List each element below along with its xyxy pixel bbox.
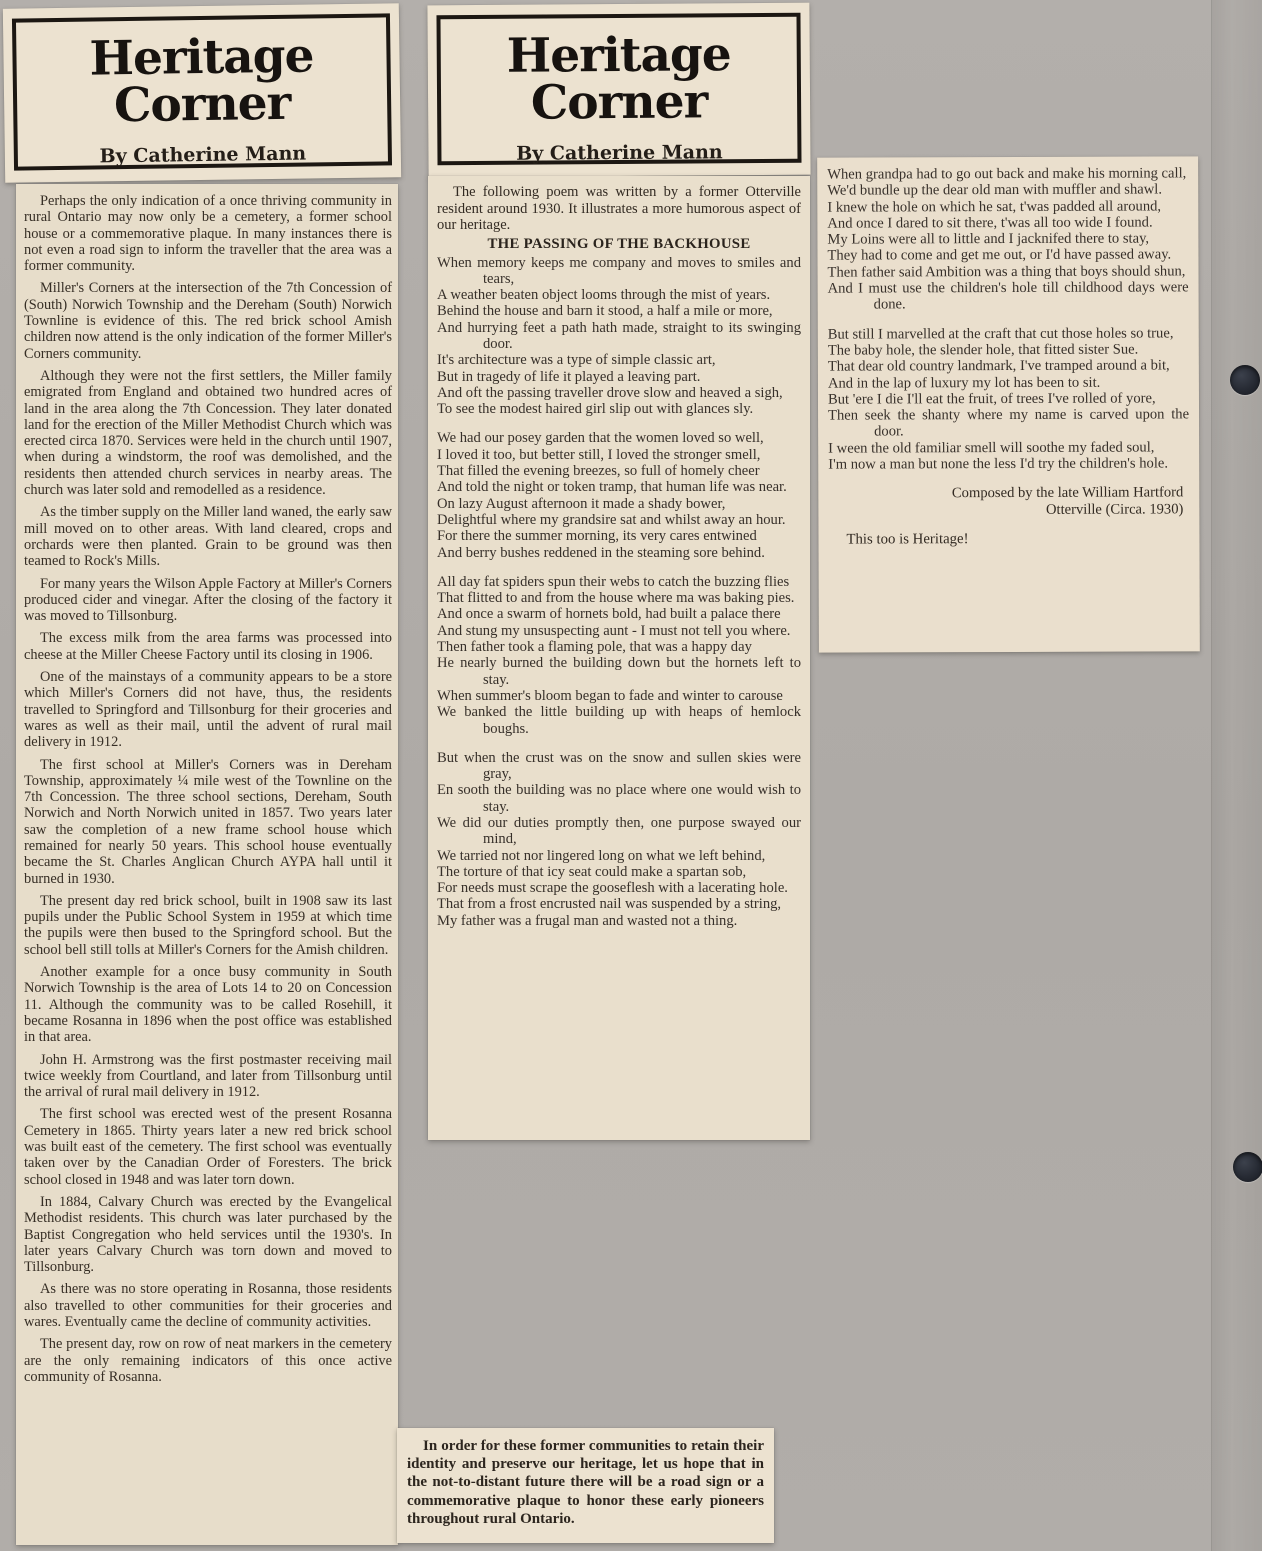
clipping-middle-poem: The following poem was written by a form…	[428, 176, 810, 1140]
poem-line: I knew the hole on which he sat, t'was p…	[827, 198, 1188, 216]
article-paragraph: Perhaps the only indication of a once th…	[24, 193, 392, 274]
poem-line: En sooth the building was no place where…	[437, 782, 801, 815]
masthead-border-box: Heritage Corner By Catherine Mann	[436, 13, 801, 166]
article-paragraph: One of the mainstays of a community appe…	[24, 669, 392, 750]
poem-stanza: When grandpa had to go out back and make…	[827, 165, 1189, 313]
poem-line: They had to come and get me out, or I'd …	[827, 247, 1188, 265]
poem-line: I loved it too, but better still, I love…	[437, 447, 801, 463]
poem-line: I'm now a man but none the less I'd try …	[828, 455, 1189, 473]
poem-line: But still I marvelled at the craft that …	[828, 325, 1189, 343]
poem-line: Then father took a flaming pole, that wa…	[437, 639, 801, 655]
poem-line: Behind the house and barn it stood, a ha…	[437, 303, 801, 319]
poem-line: And oft the passing traveller drove slow…	[437, 385, 801, 401]
poem-line: Then father said Ambition was a thing th…	[828, 263, 1189, 281]
masthead-title: Heritage Corner	[16, 31, 387, 130]
poem-title: THE PASSING OF THE BACKHOUSE	[437, 236, 801, 253]
poem-line: And hurrying feet a path hath made, stra…	[437, 320, 801, 353]
article-paragraph: As the timber supply on the Miller land …	[24, 504, 392, 569]
article-paragraph: Although they were not the first settler…	[24, 368, 392, 498]
poem-line: And berry bushes reddened in the steamin…	[437, 545, 801, 561]
clipping-bottom-note: In order for these former communities to…	[397, 1428, 774, 1543]
article-paragraph: The excess milk from the area farms was …	[24, 630, 392, 663]
bottom-note-text: In order for these former communities to…	[407, 1437, 764, 1528]
poem-line: But 'ere I die I'll eat the fruit, of tr…	[828, 390, 1189, 408]
article-paragraph: In 1884, Calvary Church was erected by t…	[24, 1194, 392, 1275]
poem-line: Then seek the shanty where my name is ca…	[828, 407, 1189, 441]
poem-line: The torture of that icy seat could make …	[437, 864, 801, 880]
poem-line: When summer's bloom began to fade and wi…	[437, 688, 801, 704]
poem-line: And stung my unsuspecting aunt - I must …	[437, 623, 801, 639]
poem-line: We'd bundle up the dear old man with muf…	[827, 182, 1188, 200]
poem-line: On lazy August afternoon it made a shady…	[437, 496, 801, 512]
poem-line: For needs must scrape the gooseflesh wit…	[437, 880, 801, 896]
page-crease	[1211, 0, 1262, 1551]
article-paragraph: The present day, row on row of neat mark…	[24, 1336, 392, 1385]
article-paragraph: John H. Armstrong was the first postmast…	[24, 1052, 392, 1101]
poem-stanza: We had our posey garden that the women l…	[437, 430, 801, 560]
poem-line: But in tragedy of life it played a leavi…	[437, 369, 801, 385]
article-paragraph: The first school was erected west of the…	[24, 1106, 392, 1187]
poem-intro: The following poem was written by a form…	[437, 184, 801, 234]
masthead-title: Heritage Corner	[441, 31, 798, 127]
poem-line: To see the modest haired girl slip out w…	[437, 401, 801, 417]
poem-line: When grandpa had to go out back and make…	[827, 165, 1188, 183]
poem-line: But when the crust was on the snow and s…	[437, 750, 801, 783]
clipping-right-poem: When grandpa had to go out back and make…	[817, 156, 1200, 652]
poem-line: That from a frost encrusted nail was sus…	[437, 896, 801, 912]
article-paragraph: For many years the Wilson Apple Factory …	[24, 576, 392, 625]
poem-line: It's architecture was a type of simple c…	[437, 352, 801, 368]
article-paragraph: The first school at Miller's Corners was…	[24, 757, 392, 887]
hole-punch-bottom	[1233, 1152, 1262, 1182]
poem-line: When memory keeps me company and moves t…	[437, 255, 801, 288]
poem-line: We banked the little building up with he…	[437, 704, 801, 737]
poem-line: I ween the old familiar smell will sooth…	[828, 439, 1189, 457]
poem-line: Delightful where my grandsire sat and wh…	[437, 512, 801, 528]
poem-line: We tarried not nor lingered long on what…	[437, 848, 801, 864]
article-paragraph: Another example for a once busy communit…	[24, 964, 392, 1045]
poem-stanza: When memory keeps me company and moves t…	[437, 255, 801, 418]
poem-line: We did our duties promptly then, one pur…	[437, 815, 801, 848]
poem-line: The baby hole, the slender hole, that fi…	[828, 341, 1189, 359]
clipping-left-masthead: Heritage Corner By Catherine Mann	[3, 3, 401, 183]
poem-line: That dear old country landmark, I've tra…	[828, 358, 1189, 376]
poem-line: And in the lap of luxury my lot has been…	[828, 374, 1189, 392]
masthead-border-box: Heritage Corner By Catherine Mann	[12, 13, 392, 170]
poem-stanza: All day fat spiders spun their webs to c…	[437, 574, 801, 737]
poem-attribution-place: Otterville (Circa. 1930)	[828, 502, 1189, 520]
hole-punch-top	[1230, 365, 1260, 395]
poem-line: For there the summer morning, its very c…	[437, 528, 801, 544]
poem-line: And told the night or token tramp, that …	[437, 479, 801, 495]
poem-line: That flitted to and from the house where…	[437, 590, 801, 606]
poem-line: That filled the evening breezes, so full…	[437, 463, 801, 479]
poem-line: My father was a frugal man and wasted no…	[437, 913, 801, 929]
poem-stanza: But when the crust was on the snow and s…	[437, 750, 801, 929]
masthead-byline: By Catherine Mann	[441, 141, 797, 165]
poem-line: All day fat spiders spun their webs to c…	[437, 574, 801, 590]
masthead-byline: By Catherine Mann	[18, 141, 388, 168]
poem-line: And once a swarm of hornets bold, had bu…	[437, 606, 801, 622]
scrapbook-page: Heritage Corner By Catherine Mann Perhap…	[0, 0, 1262, 1551]
poem-attribution-author: Composed by the late William Hartford	[828, 485, 1189, 503]
article-paragraph: Miller's Corners at the intersection of …	[24, 280, 392, 361]
poem-line: He nearly burned the building down but t…	[437, 655, 801, 688]
article-paragraph: The present day red brick school, built …	[24, 893, 392, 958]
poem-stanza: But still I marvelled at the craft that …	[828, 325, 1190, 473]
poem-line: My Loins were all to little and I jackni…	[827, 231, 1188, 249]
clipping-left-article: Perhaps the only indication of a once th…	[16, 184, 398, 1545]
poem-line: We had our posey garden that the women l…	[437, 430, 801, 446]
poem-line: And I must use the children's hole till …	[828, 279, 1189, 313]
poem-closing-remark: This too is Heritage!	[828, 531, 1189, 549]
article-paragraph: As there was no store operating in Rosan…	[24, 1281, 392, 1330]
poem-line: A weather beaten object looms through th…	[437, 287, 801, 303]
clipping-middle-masthead: Heritage Corner By Catherine Mann	[427, 3, 810, 178]
poem-line: And once I dared to sit there, t'was all…	[827, 214, 1188, 232]
